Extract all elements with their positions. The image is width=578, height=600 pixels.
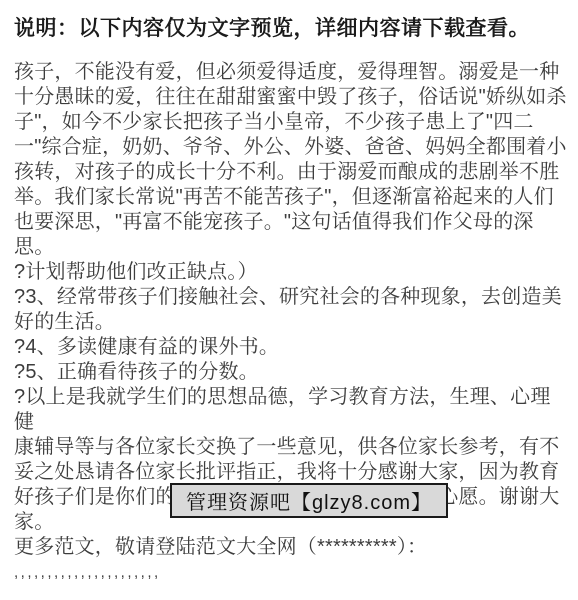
paragraph-item-3: ?3、经常带孩子们接触社会、研究社会的各种现象，去创造美 好的生活。 (14, 285, 568, 335)
paragraph-item-4: ?4、多读健康有益的课外书。 (14, 335, 568, 360)
watermark-badge: 管理资源吧【glzy8.com】 (170, 483, 448, 518)
preview-notice-heading: 说明：以下内容仅为文字预览，详细内容请下载查看。 (14, 14, 568, 43)
paragraph-item-5: ?5、正确看待孩子的分数。 (14, 360, 568, 385)
paragraph-plan: ?计划帮助他们改正缺点。） (14, 260, 568, 285)
document-preview-page: 说明：以下内容仅为文字预览，详细内容请下载查看。 孩子，不能没有爱，但必须爱得适… (0, 0, 578, 600)
paragraph-more-docs: 更多范文，敬请登陆范文大全网（**********）： (14, 535, 568, 560)
paragraph-intro: 孩子，不能没有爱，但必须爱得适度，爱得理智。溺爱是一种 十分愚昧的爱，往往在甜甜… (14, 60, 568, 260)
dots-row: ,,,,,,,,,,,,,,,,,,,,,, (14, 560, 568, 585)
